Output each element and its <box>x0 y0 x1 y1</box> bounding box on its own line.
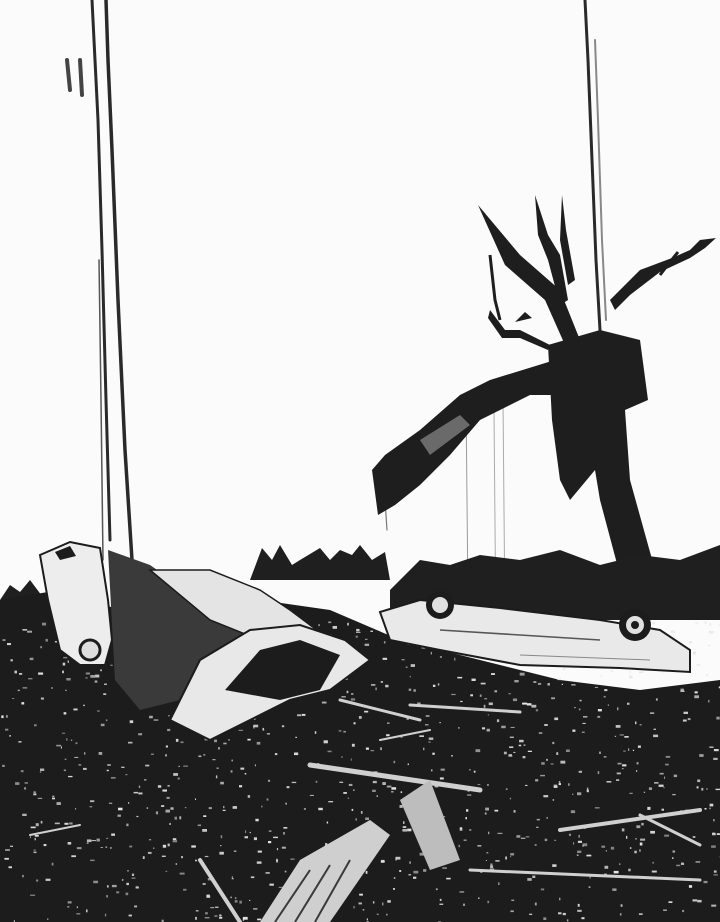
painting <box>0 0 720 922</box>
painting-canvas: Black-and-white ink painting of a storm-… <box>0 0 720 922</box>
